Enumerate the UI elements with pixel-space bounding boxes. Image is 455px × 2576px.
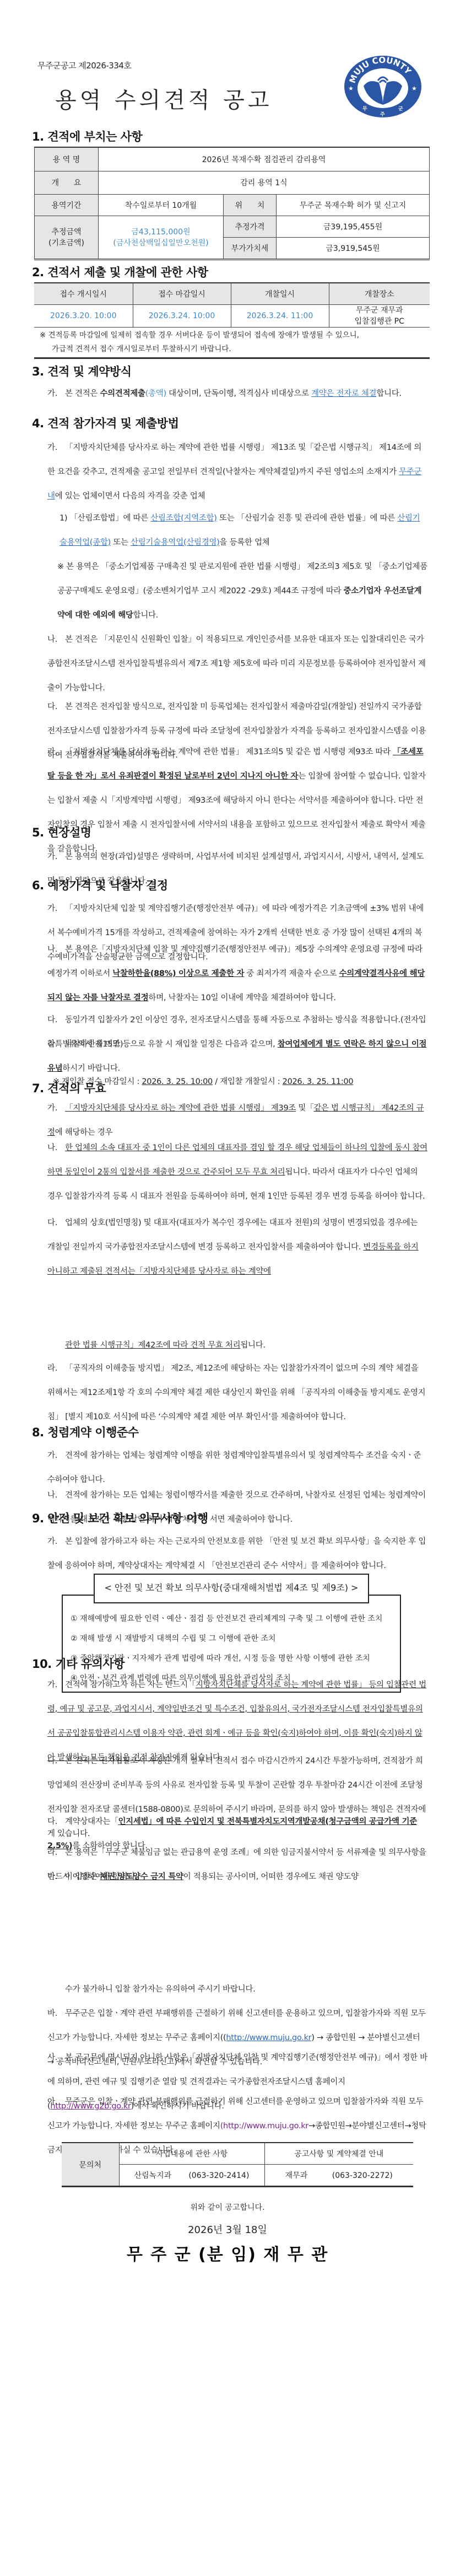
vat-label: 부가가치세 xyxy=(224,237,277,259)
contact-forestry: 산림녹지과 (063-320-2414) xyxy=(119,2165,264,2187)
link-muju-homepage[interactable]: http://www.muju.go.kr xyxy=(226,2033,311,2042)
item-marker: 나. xyxy=(47,1483,65,1507)
text: 합니다. xyxy=(133,611,158,620)
section-heading-4: 4. 견적 참가자격 및 제출방법 xyxy=(32,415,178,431)
text: 「공직자의 이해충돌 방지법」 제2조, 제12조에 해당하는 자는 입찰참가자… xyxy=(47,1364,425,1421)
opening-place-value: 무주군 재무과 입찰집행관 PC xyxy=(329,305,430,328)
estimated-amount-value: 금43,115,000원 (금사천삼백일십일만오천원) xyxy=(99,216,224,259)
section7-item-da: 다.업체의 상호(법인명칭) 및 대표자(대표자가 복수인 경우에는 대표자 전… xyxy=(47,1211,427,1284)
item-marker: 라. xyxy=(47,1356,65,1381)
period-label: 용역기간 xyxy=(35,194,99,216)
amount-label-line2: (기초금액) xyxy=(35,237,98,248)
item-marker: 다. xyxy=(47,1211,65,1235)
item-marker: 아. xyxy=(47,2090,65,2114)
amount-value-words: (금사천삼백일십일만오천원) xyxy=(99,237,223,248)
text-underlined: 관한 법률 시행규칙」제42조에 따라 견적 무효 처리 xyxy=(65,1341,240,1350)
text-bold: 수의견적제출 xyxy=(100,389,145,398)
section-heading-5: 5. 현장설명 xyxy=(32,824,91,840)
amount-label-line1: 추정금액 xyxy=(35,226,98,237)
text: 「산림조합법」에 따른 xyxy=(70,514,151,523)
text: 견적에 참가하는 업체는 청렴계약 이행을 위한 청렴계약입찰특별유의서 및 청… xyxy=(47,1451,421,1484)
finance-phone: (063-320-2272) xyxy=(332,2171,393,2180)
bid-info-table: 용 역 명 2026년 목재수확 점검관리 감리용역 개 요 감리 용역 1식 … xyxy=(34,147,430,260)
item-marker: 가. xyxy=(47,897,65,921)
text: 대상이며, 단독이행, 적격심사 비대상으로 xyxy=(166,389,311,398)
text: 본 견적은 「지문인식 신원확인 입찰」이 적용되므로 개인인증서를 보유한 대… xyxy=(47,635,426,693)
text: 본 견적은 xyxy=(65,389,100,398)
service-name-value: 2026년 목재수확 점검관리 감리용역 xyxy=(99,147,430,171)
section7-item-ra: 라.「공직자의 이해충돌 방지법」 제2조, 제12조에 해당하는 자는 입찰참… xyxy=(47,1356,427,1429)
text: 는 입찰에 참여할 수 없습니다. 입찰자는 입찰서 제출 시「지방계약법 시행… xyxy=(47,772,426,854)
item-marker: 사. xyxy=(47,2046,65,2070)
col-opening-time: 개찰일시 xyxy=(231,283,329,305)
item-marker: 가. xyxy=(47,1673,65,1697)
text-blue: (총액) xyxy=(145,389,166,398)
item-marker: 가. xyxy=(47,1529,65,1554)
contact-col2-header: 공고사항 및 계약체결 안내 xyxy=(264,2143,413,2165)
link-electronic-contract[interactable]: 계약은 전자로 체결 xyxy=(311,389,376,398)
svg-text:★: ★ xyxy=(411,85,417,92)
svg-text:무: 무 xyxy=(362,106,367,112)
forestry-phone: (063-320-2414) xyxy=(188,2171,249,2180)
item-marker: 가. xyxy=(47,845,65,869)
text: 계약상대자는「 xyxy=(65,1817,118,1826)
schedule-note-line1: ※ 견적등록 마감일에 일제히 접속할 경우 서버다운 등이 발생되어 접속에 … xyxy=(40,329,425,342)
section4-item-ga: 가.「지방자치단체를 당사자로 하는 계약에 관한 법률 시행령」 제13조 및… xyxy=(47,436,427,508)
section-heading-8: 8. 청렴계약 이행준수 xyxy=(32,1424,139,1440)
section3-item-ga: 가.본 견적은 수의견적제출(총액) 대상이며, 단독이행, 적격심사 비대상으… xyxy=(47,382,427,406)
text: 이 적용되는 공사이며, 어떠한 경우에도 채권 양도양 xyxy=(183,1872,359,1881)
vat-value: 금3,919,545원 xyxy=(277,237,430,259)
contact-label: 문의처 xyxy=(62,2143,119,2187)
link-muju-homepage-2[interactable]: (http://www.muju.go.kr xyxy=(220,2122,308,2130)
col-opening-place: 개찰장소 xyxy=(329,283,430,305)
svg-text:군: 군 xyxy=(398,106,403,112)
rebid-schedule: ※ 재입찰 접수 마감일시 : 2026. 3. 25. 10:00 / 재입찰… xyxy=(53,1070,433,1094)
section-heading-9: 9. 안전 및 보건 확보 의무사항 이행 xyxy=(32,1510,208,1526)
opening-time-value: 2026.3.24. 11:00 xyxy=(231,305,329,328)
item-marker: 가. xyxy=(47,382,65,406)
text-underlined: 낙찰하한율(88%) 이상으로 제출한 자 xyxy=(112,969,244,978)
rebid-open-value: 2026. 3. 25. 11:00 xyxy=(283,1077,354,1086)
forestry-dept: 산림녹지과 xyxy=(134,2171,172,2180)
section6-item-na: 나.본 용역은「지방자치단체 입찰 및 계약집행기준(행정안전부 예규)」제5장… xyxy=(47,937,427,1010)
text: 견적에 참가하고자 하는 자는 반드시「 xyxy=(65,1681,196,1689)
col-receipt-close: 접수 마감일시 xyxy=(133,283,231,305)
receipt-open-value: 2026.3.20. 10:00 xyxy=(34,305,133,328)
section-heading-6: 6. 예정가격 및 낙찰자 결정 xyxy=(32,877,168,893)
section4-sub-1: 1) 「산림조합법」에 따른 산림조합(지역조합) 또는 「산림기술 진흥 및 … xyxy=(59,506,427,555)
section7-item-na: 나.한 업체의 소속 대표자 중 1인이 다른 업체의 대표자를 겸임 할 경우… xyxy=(47,1136,427,1209)
schedule-note: ※ 견적등록 마감일에 일제히 접속할 경우 서버다운 등이 발생되어 접속에 … xyxy=(34,328,430,358)
service-name-label: 용 역 명 xyxy=(35,147,99,171)
section4-item-na: 나.본 견적은 「지문인식 신원확인 입찰」이 적용되므로 개인인증서를 보유한… xyxy=(47,627,427,700)
section-heading-3: 3. 견적 및 계약방식 xyxy=(32,363,132,379)
link-forestry-union[interactable]: 산림조합(지역조합) xyxy=(150,514,216,523)
item-marker: 라. xyxy=(47,1032,65,1056)
schedule-table: 접수 개시일시 접수 마감일시 개찰일시 개찰장소 2026.3.20. 10:… xyxy=(34,282,430,359)
text: 됩니다. xyxy=(240,1341,265,1350)
text: 을 등록한 업체 xyxy=(220,538,270,547)
item-marker: 나. xyxy=(47,627,65,652)
item-marker: 다. xyxy=(47,695,65,719)
item-marker: 다. xyxy=(47,1810,65,1834)
section-heading-2: 2. 견적서 제출 및 개찰에 관한 사항 xyxy=(32,264,208,280)
estimated-amount-label: 추정금액 (기초금액) xyxy=(35,216,99,259)
link-forest-tech-management[interactable]: 산림기술용역업(산림경영) xyxy=(131,538,220,547)
estimated-price-label: 추정가격 xyxy=(224,216,277,237)
svg-text:★: ★ xyxy=(348,85,354,92)
text: 또는 xyxy=(111,538,131,547)
contact-finance: 재무과 (063-320-2272) xyxy=(264,2165,413,2187)
schedule-note-line2: 가급적 견적서 접수 개시일로부터 투찰하시기 바랍니다. xyxy=(40,342,425,356)
section-heading-10: 10. 기타 유의사항 xyxy=(32,1655,124,1672)
muju-county-emblem-icon: MUJU COUNTY ★ ★ 무 주 군 xyxy=(343,54,423,119)
item-marker: 라. xyxy=(47,1840,65,1865)
finance-dept: 재무과 xyxy=(285,2171,308,2180)
col-receipt-open: 접수 개시일시 xyxy=(34,283,133,305)
opening-place-line2: 입찰집행관 PC xyxy=(329,316,430,327)
text-underlined: 채권 양도양수 금지 특약 xyxy=(100,1872,183,1881)
item-marker: 나. xyxy=(47,937,65,962)
section9-item-ga: 가.본 입찰에 참가하고자 하는 자는 근로자의 안전보호를 위한 「안전 및 … xyxy=(47,1529,427,1578)
text: 「지방자치단체를 당사자로 하는 계약에 관한 법률 시행령」 제13조 및「같… xyxy=(47,443,421,476)
text: 수가 불가하니 입찰 참가자는 유의하여 주시기 바랍니다. xyxy=(65,1985,255,1994)
text: 「지방자치단체를 당사자로 하는 계약에 관한 법률」 제31조의5 및 같은 … xyxy=(65,748,393,756)
section4-item-ra: 라.「지방자치단체를 당사자로 하는 계약에 관한 법률」 제31조의5 및 같… xyxy=(47,740,427,861)
contact-col1-header: 사업내용에 관한 사항 xyxy=(119,2143,264,2165)
page-title: 용역 수의견적 공고 xyxy=(55,83,273,114)
note-marker: ※ xyxy=(57,562,64,571)
period-value: 착수일로부터 10개월 xyxy=(99,194,224,216)
estimated-price-value: 금39,195,455원 xyxy=(277,216,430,237)
issuer-name: 무 주 군 (분 임) 재 무 관 xyxy=(0,2241,455,2265)
text: 합니다. xyxy=(376,389,401,398)
svg-text:주: 주 xyxy=(380,111,385,117)
section-heading-1: 1. 견적에 부치는 사항 xyxy=(32,128,142,144)
safety-item-2: ② 재해 발생 시 재발방지 대책의 수립 및 그 이행에 관한 조치 xyxy=(71,1629,400,1649)
summary-label: 개 요 xyxy=(35,171,99,194)
amount-value-number: 금43,115,000원 xyxy=(99,226,223,237)
contact-table: 문의처 사업내용에 관한 사항 공고사항 및 계약체결 안내 산림녹지과 (06… xyxy=(62,2142,413,2187)
item-marker: 라. xyxy=(47,740,65,764)
section10-item-ma: 마.이 입찰은 채권 양도양수 금지 특약이 적용되는 공사이며, 어떠한 경우… xyxy=(47,1865,427,1889)
text-underlined: 「지방자치단체를 당사자로 하는 계약에 관한 법률 시행령」 제39조 xyxy=(65,1104,296,1113)
location-value: 무주군 목재수확 허가 및 신고지 xyxy=(277,194,430,216)
section10-item-ma-cont: 수가 불가하니 입찰 참가자는 유의하여 주시기 바랍니다. xyxy=(65,1977,427,2001)
item-marker: 다. xyxy=(47,1008,65,1032)
item-marker: 1) xyxy=(59,514,67,523)
item-marker: 가. xyxy=(47,436,65,460)
text: 중 최저가격 제출자 순으로 xyxy=(244,969,339,978)
item-marker: 나. xyxy=(47,1136,65,1160)
safety-box-title: < 안전 및 보건 확보 의무사항(중대재해처벌법 제4조 및 제9조) > xyxy=(94,1574,369,1603)
text: 또는 「산림기술 진흥 및 관리에 관한 법률」에 따른 xyxy=(217,514,398,523)
item-marker: 나. xyxy=(47,1749,65,1773)
notice-number: 무주군공고 제2026-334호 xyxy=(37,60,131,71)
rebid-close-value: 2026. 3. 25. 10:00 xyxy=(142,1077,213,1086)
closing-statement: 위와 같이 공고합니다. xyxy=(0,2202,455,2213)
text: 에 있는 업체이면서 다음의 자격을 갖춘 업체 xyxy=(55,492,205,501)
section-heading-7: 7. 견적의 무효 xyxy=(32,1080,106,1096)
section7-item-da-cont: 관한 법률 시행규칙」제42조에 따라 견적 무효 처리됩니다. xyxy=(65,1333,427,1357)
announcement-date: 2026년 3월 18일 xyxy=(0,2222,455,2236)
text: 낙찰하한율 미만 등으로 유찰 시 재입찰 일정은 다음과 같으며, xyxy=(65,1040,278,1049)
text: 업체의 상호(법인명칭) 및 대표자(대표자가 복수인 경우에는 대표자 전원)… xyxy=(47,1219,418,1252)
section4-note: ※ 본 용역은 「중소기업제품 구매촉진 및 판로지원에 관한 법률 시행령」 … xyxy=(57,555,427,627)
text: 하며, 낙찰자는 10일 이내에 계약을 체결하여야 합니다. xyxy=(148,994,335,1002)
item-marker: 가. xyxy=(47,1443,65,1468)
item-marker: 가. xyxy=(47,1096,65,1120)
item-marker: 마. xyxy=(47,1865,65,1889)
text: 이 입찰은 xyxy=(65,1872,100,1881)
summary-value: 감리 용역 1식 xyxy=(99,171,430,194)
text: 및「 xyxy=(296,1104,313,1113)
rebid-open-label: / 재입찰 개찰일시 : xyxy=(213,1077,283,1086)
opening-place-line1: 무주군 재무과 xyxy=(329,305,430,316)
receipt-close-value: 2026.3.24. 10:00 xyxy=(133,305,231,328)
location-label: 위 치 xyxy=(224,194,277,216)
safety-item-1: ① 재해예방에 필요한 인력ㆍ예산ㆍ점검 등 안전보건 관리체계의 구축 및 그… xyxy=(71,1609,400,1629)
item-marker: 바. xyxy=(47,2001,65,2026)
text: 본 입찰에 참가하고자 하는 자는 근로자의 안전보호를 위한 「안전 및 보건… xyxy=(47,1537,426,1570)
